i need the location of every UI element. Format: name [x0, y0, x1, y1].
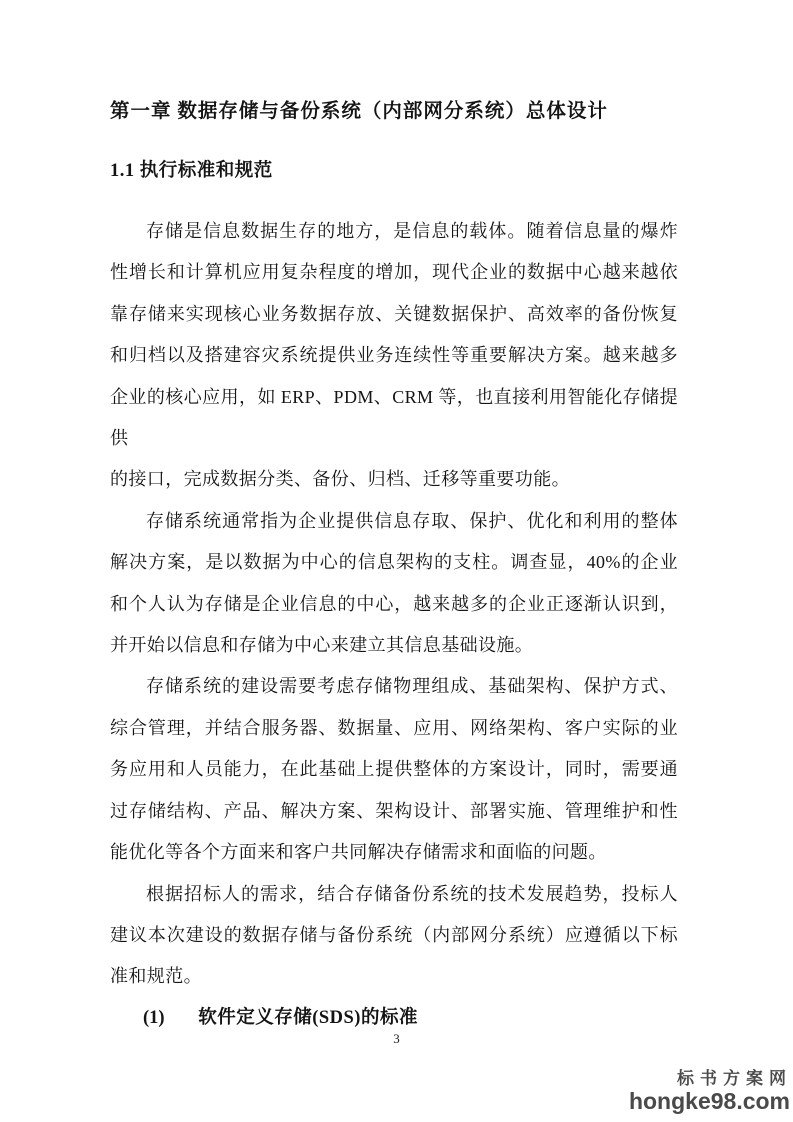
- paragraph-line: 务应用和人员能力，在此基础上提供整体的方案设计，同时，需要通: [110, 749, 678, 790]
- page-content: 第一章 数据存储与备份系统（内部网分系统）总体设计 1.1 执行标准和规范 存储…: [110, 0, 678, 1039]
- paragraph: 存储系统通常指为企业提供信息存取、保护、优化和利用的整体解决方案，是以数据为中心…: [110, 501, 678, 667]
- paragraph: 存储系统的建设需要考虑存储物理组成、基础架构、保护方式、综合管理，并结合服务器、…: [110, 666, 678, 873]
- paragraph-line: 解决方案，是以数据为中心的信息架构的支柱。调查显，40%的企业: [110, 542, 678, 583]
- paragraph-line: 企业的核心应用，如 ERP、PDM、CRM 等，也直接利用智能化存储提供: [110, 377, 678, 460]
- paragraph-line: 综合管理，并结合服务器、数据量、应用、网络架构、客户实际的业: [110, 708, 678, 749]
- paragraph: 存储是信息数据生存的地方，是信息的载体。随着信息量的爆炸性增长和计算机应用复杂程…: [110, 211, 678, 501]
- paragraph-line: 存储是信息数据生存的地方，是信息的载体。随着信息量的爆炸: [110, 211, 678, 252]
- paragraph-line: 准和规范。: [110, 956, 678, 997]
- paragraph-line: 性增长和计算机应用复杂程度的增加，现代企业的数据中心越来越依: [110, 252, 678, 293]
- paragraph-line: 存储系统的建设需要考虑存储物理组成、基础架构、保护方式、: [110, 666, 678, 707]
- watermark-site-name: 标书方案网: [629, 1070, 792, 1089]
- paragraph-line: 的接口，完成数据分类、备份、归档、迁移等重要功能。: [110, 459, 678, 500]
- watermark: 标书方案网 hongke98.com: [629, 1070, 790, 1114]
- paragraph-line: 和归档以及搭建容灾系统提供业务连续性等重要解决方案。越来越多: [110, 335, 678, 376]
- paragraph: 根据招标人的需求，结合存储备份系统的技术发展趋势，投标人建议本次建设的数据存储与…: [110, 874, 678, 998]
- watermark-site-url: hongke98.com: [629, 1089, 790, 1114]
- paragraph-line: 过存储结构、产品、解决方案、架构设计、部署实施、管理维护和性: [110, 791, 678, 832]
- paragraph-line: 并开始以信息和存储为中心来建立其信息基础设施。: [110, 625, 678, 666]
- paragraph-line: 根据招标人的需求，结合存储备份系统的技术发展趋势，投标人: [110, 874, 678, 915]
- paragraph-line: 存储系统通常指为企业提供信息存取、保护、优化和利用的整体: [110, 501, 678, 542]
- document-page: 第一章 数据存储与备份系统（内部网分系统）总体设计 1.1 执行标准和规范 存储…: [0, 0, 793, 1122]
- paragraph-line: 建议本次建设的数据存储与备份系统（内部网分系统）应遵循以下标: [110, 915, 678, 956]
- section-heading: 1.1 执行标准和规范: [110, 159, 678, 184]
- chapter-title: 第一章 数据存储与备份系统（内部网分系统）总体设计: [110, 0, 678, 125]
- body-paragraphs: 存储是信息数据生存的地方，是信息的载体。随着信息量的爆炸性增长和计算机应用复杂程…: [110, 211, 678, 998]
- paragraph-line: 靠存储来实现核心业务数据存放、关键数据保护、高效率的备份恢复: [110, 294, 678, 335]
- paragraph-line: 能优化等各个方面来和客户共同解决存储需求和面临的问题。: [110, 832, 678, 873]
- page-number: 3: [0, 1031, 793, 1047]
- paragraph-line: 和个人认为存储是企业信息的中心，越来越多的企业正逐渐认识到，: [110, 584, 678, 625]
